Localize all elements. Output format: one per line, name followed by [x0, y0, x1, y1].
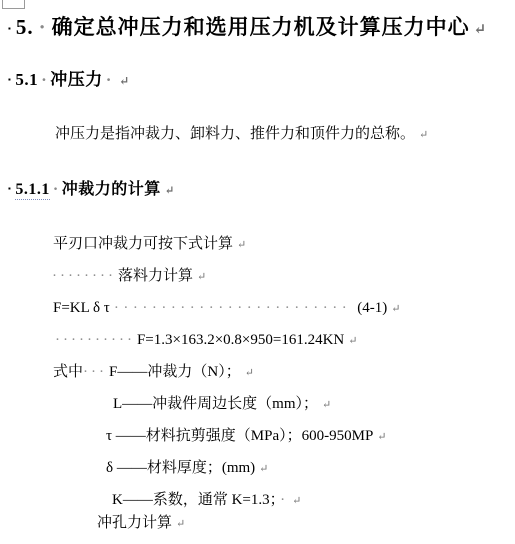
dot-leader: ·························: [114, 300, 351, 316]
blanking-force-label: 落料力计算: [118, 268, 193, 284]
where-prefix: 式中: [53, 364, 83, 380]
heading-2: ▪5.1·冲压力·↵: [8, 70, 130, 90]
formula-intro-text: 平刃口冲裁力可按下式计算: [53, 236, 233, 252]
space-mark: ·: [53, 181, 59, 198]
paragraph-property-bullet-icon: ▪: [8, 24, 12, 33]
intro-text: 冲压力是指冲裁力、卸料力、推件力和顶件力的总称。: [55, 126, 415, 142]
variable-K-definition: K——系数，通常 K=1.3；: [112, 492, 277, 508]
paragraph-mark-icon: ↵: [176, 518, 185, 530]
punching-force-label: 冲孔力计算: [97, 515, 172, 531]
paragraph-mark-icon: ↵: [322, 399, 331, 411]
heading-3-number: 5.1.1: [15, 181, 50, 200]
calculation-line: ··········F=1.3×163.2×0.8×950=161.24KN↵: [55, 332, 357, 349]
paragraph-mark-icon: ↵: [419, 129, 428, 141]
paragraph-mark-icon: ↵: [348, 335, 357, 347]
paragraph-mark-icon: ↵: [197, 271, 206, 283]
heading-1: ▪5.·确定总冲压力和选用压力机及计算压力中心↵: [8, 15, 487, 39]
variable-delta-line: δ ——材料厚度；(mm)↵: [106, 460, 268, 477]
calculation-result: F=1.3×163.2×0.8×950=161.24KN: [137, 332, 344, 348]
paragraph-property-bullet-icon: ▪: [8, 75, 11, 84]
space-marks: ··········: [55, 332, 135, 348]
space-mark: ·: [106, 70, 112, 89]
variable-L-definition: L——冲裁件周边长度（mm）；: [113, 396, 318, 412]
variable-tau-definition: τ ——材料抗剪强度（MPa）；600-950MP: [106, 428, 373, 444]
variable-K-line: K——系数，通常 K=1.3；·↵: [112, 492, 301, 509]
formula-line: F=KL δ τ·························(4-1)↵: [53, 300, 400, 317]
heading-1-number: 5.: [16, 15, 34, 39]
blanking-force-label-line: ········落料力计算↵: [52, 268, 206, 285]
variable-L-line: L——冲裁件周边长度（mm）；↵: [113, 396, 331, 413]
variable-tau-line: τ ——材料抗剪强度（MPa）；600-950MP↵: [106, 428, 386, 445]
paragraph-mark-icon: ↵: [292, 495, 301, 507]
variable-delta-definition: δ ——材料厚度；(mm): [106, 460, 255, 476]
heading-3-title: 冲裁力的计算: [62, 181, 161, 198]
paragraph-mark-icon: ↵: [165, 185, 175, 197]
paragraph-mark-icon: ↵: [237, 239, 246, 251]
heading-2-title: 冲压力: [50, 70, 103, 89]
formula-intro-line: 平刃口冲裁力可按下式计算↵: [53, 236, 246, 253]
paragraph-mark-icon: ↵: [474, 22, 488, 38]
equation-number: (4-1): [357, 300, 387, 316]
heading-3: ▪5.1.1·冲裁力的计算↵: [8, 181, 175, 199]
paragraph-mark-icon: ↵: [391, 303, 400, 315]
heading-2-number: 5.1: [15, 70, 38, 89]
space-mark: ·: [41, 70, 47, 89]
paragraph-mark-icon: ↵: [119, 74, 130, 88]
intro-paragraph: 冲压力是指冲裁力、卸料力、推件力和顶件力的总称。↵: [55, 126, 428, 143]
paragraph-mark-icon: ↵: [377, 431, 386, 443]
cropped-object-border: [2, 0, 25, 9]
punching-force-label-line: 冲孔力计算↵: [97, 515, 185, 532]
space-mark: ·: [39, 15, 47, 39]
formula-expression: F=KL δ τ: [53, 300, 110, 316]
space-mark: ·: [280, 492, 285, 508]
space-marks: ········: [52, 268, 116, 284]
space-marks: ···: [83, 364, 107, 380]
paragraph-mark-icon: ↵: [245, 367, 254, 379]
paragraph-mark-icon: ↵: [259, 463, 268, 475]
heading-1-title: 确定总冲压力和选用压力机及计算压力中心: [52, 15, 470, 39]
variable-F-definition: F——冲裁力（N）；: [109, 364, 241, 380]
where-clause-line: 式中···F——冲裁力（N）；↵: [53, 364, 254, 381]
document-page[interactable]: ▪5.·确定总冲压力和选用压力机及计算压力中心↵ ▪5.1·冲压力·↵ 冲压力是…: [0, 0, 515, 544]
paragraph-property-bullet-icon: ▪: [8, 184, 11, 193]
